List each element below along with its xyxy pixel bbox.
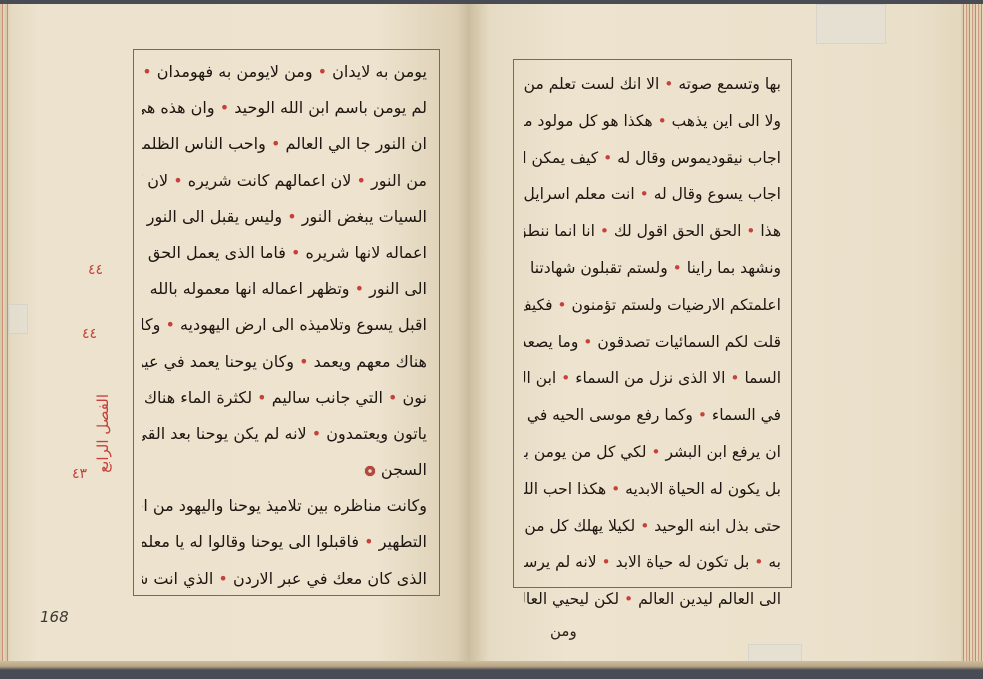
text-line: اقبل يسوع وتلاميذه الى ارض اليهوديه • وك… [142, 307, 427, 343]
left-page: يومن به لايدان • ومن لايومن به فهومدان •… [0, 4, 470, 666]
catchword: ومن [550, 622, 577, 640]
text-line: الى العالم ليدين العالم • لكن ليحيي العا… [524, 581, 781, 618]
folio-number: 168 [40, 608, 69, 626]
text-line: بها وتسمع صوته • الا انك لست تعلم من اين… [524, 66, 781, 103]
left-text-frame: يومن به لايدان • ومن لايومن به فهومدان •… [133, 49, 440, 596]
text-line: السيات يبغض النور • وليس يقبل الى النور … [142, 199, 427, 235]
tape-strip [816, 4, 886, 44]
text-line: في السماء • وكما رفع موسى الحيه في البري… [524, 397, 781, 434]
text-line: الذى كان معك في عبر الاردن • الذي انت شه… [142, 561, 427, 597]
text-line-section-end: السجن [142, 452, 427, 488]
text-line: هناك معهم ويعمد • وكان يوحنا يعمد في عين [142, 344, 427, 380]
text-line: حتى بذل ابنه الوحيد • لكيلا يهلك كل من ي… [524, 508, 781, 545]
tape-strip [8, 304, 28, 334]
right-page: بها وتسمع صوته • الا انك لست تعلم من اين… [470, 4, 962, 666]
text-line: وكانت مناظره بين تلاميذ يوحنا واليهود من… [142, 488, 427, 524]
text-line: اعماله لانها شريره • فاما الذى يعمل الحق… [142, 235, 427, 271]
text-line: هذا • الحق الحق اقول لك • انا انما ننطق … [524, 213, 781, 250]
text-line: الى النور • وتظهر اعماله انها معموله بال… [142, 271, 427, 307]
text-line: لم يومن باسم ابن الله الوحيد • وان هذه ه… [142, 90, 427, 126]
right-page-edges [961, 4, 983, 670]
bottom-page-edges [0, 661, 983, 670]
text-line: يومن به لايدان • ومن لايومن به فهومدان •… [142, 54, 427, 90]
margin-note: ٤٤ [88, 262, 103, 278]
left-page-edges [0, 4, 10, 666]
text-line: ان يرفع ابن البشر • لكي كل من يومن به لا… [524, 434, 781, 471]
text-line: قلت لكم السمائيات تصدقون • وما يصعد احد … [524, 324, 781, 361]
text-line: ياتون ويعتمدون • لانه لم يكن يوحنا بعد ا… [142, 416, 427, 452]
right-text-frame: بها وتسمع صوته • الا انك لست تعلم من اين… [513, 59, 792, 588]
text-line: اعلمتكم الارضيات ولستم تؤمنون • فكيف ان [524, 287, 781, 324]
text-line: السما • الا الذى نزل من السماء • ابن الب… [524, 360, 781, 397]
text-line: ونشهد بما راينا • ولستم تقبلون شهادتنا •… [524, 250, 781, 287]
text-line: ان النور جا الي العالم • واحب الناس الظل… [142, 126, 427, 162]
text-line: اجاب نيقوديموس وقال له • كيف يمكن ان يكو… [524, 140, 781, 177]
text-line: نون • التي جانب ساليم • لكثرة الماء هناك… [142, 380, 427, 416]
text-line: بل يكون له الحياة الابديه • هكذا احب الل… [524, 471, 781, 508]
text-line: من النور • لان اعمالهم كانت شريره • لان … [142, 163, 427, 199]
text-line: به • بل تكون له حياة الابد • لانه لم يرس… [524, 544, 781, 581]
open-manuscript: يومن به لايدان • ومن لايومن به فهومدان •… [0, 4, 983, 670]
text-line: ولا الى اين يذهب • هكذا هو كل مولود من ا… [524, 103, 781, 140]
margin-note: ٤٣ [72, 466, 87, 482]
margin-note: ٤٤ [82, 326, 97, 342]
section-heading: الفصل الرابع [94, 394, 112, 473]
text-line: اجاب يسوع وقال له • انت معلم اسرايل ولا … [524, 176, 781, 213]
text-line: التطهير • فاقبلوا الى يوحنا وقالوا له يا… [142, 524, 427, 560]
